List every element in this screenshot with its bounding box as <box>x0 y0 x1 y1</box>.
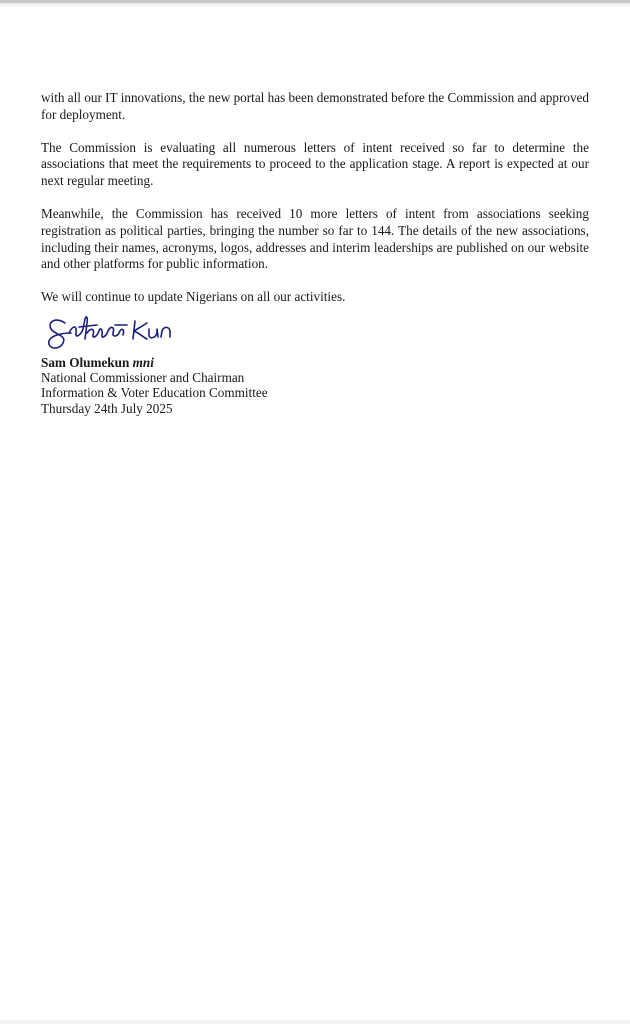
signatory-name-text: Sam Olumekun <box>41 355 129 370</box>
page-top-shadow <box>0 3 630 8</box>
page-bottom-edge <box>0 1020 630 1024</box>
signature-icon <box>43 311 193 355</box>
document-date: Thursday 24th July 2025 <box>41 401 589 416</box>
paragraph-closing: We will continue to update Nigerians on … <box>41 289 589 306</box>
paragraph-evaluation: The Commission is evaluating all numerou… <box>41 140 589 190</box>
signatory-title-1: National Commissioner and Chairman <box>41 370 589 385</box>
signature-block: Sam Olumekun mni National Commissioner a… <box>41 355 589 416</box>
paragraph-portal: with all our IT innovations, the new por… <box>41 90 589 124</box>
signatory-name: Sam Olumekun mni <box>41 355 589 370</box>
paragraph-letters-of-intent: Meanwhile, the Commission has received 1… <box>41 206 589 273</box>
signatory-title-2: Information & Voter Education Committee <box>41 385 589 400</box>
document-page: with all our IT innovations, the new por… <box>41 90 589 416</box>
signatory-suffix: mni <box>133 355 154 370</box>
